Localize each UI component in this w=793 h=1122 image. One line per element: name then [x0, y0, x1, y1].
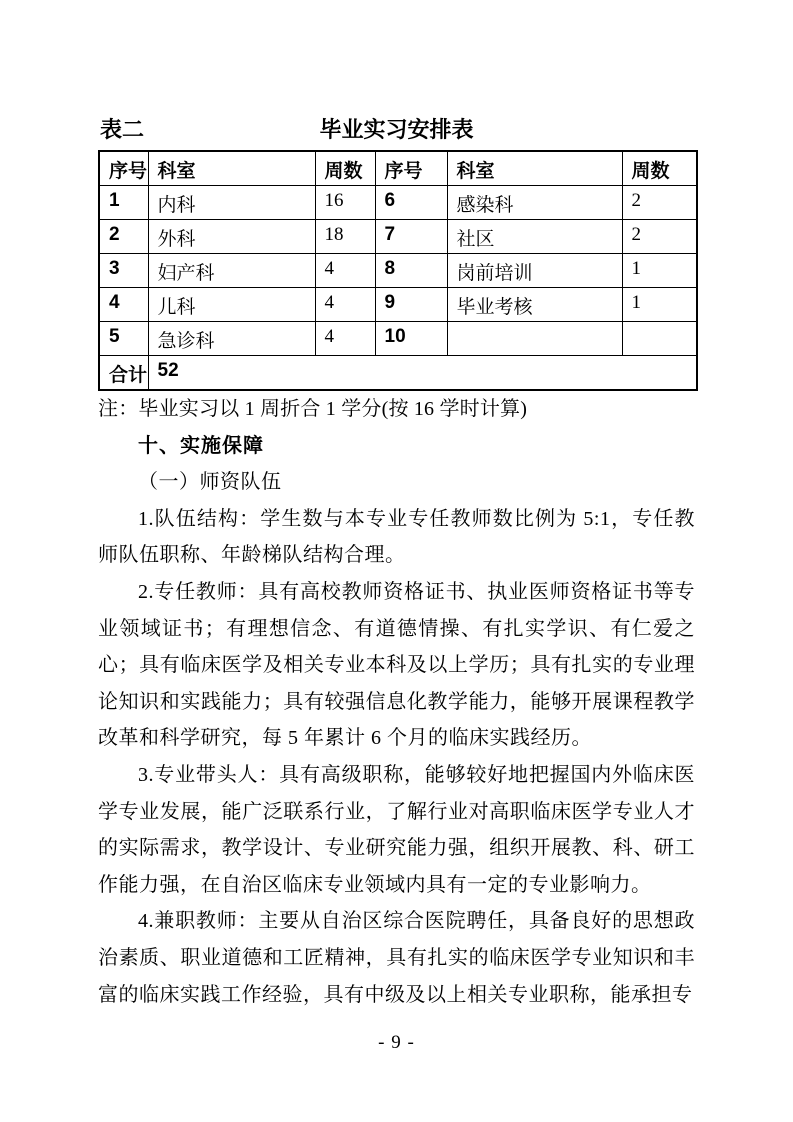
cell-seq: 6 — [375, 186, 447, 220]
table-row: 4 儿科 4 9 毕业考核 1 — [99, 288, 697, 322]
cell-weeks: 2 — [622, 186, 697, 220]
internship-schedule-table: 序号 科室 周数 序号 科室 周数 1 内科 16 6 感染科 2 — [98, 150, 698, 391]
cell-weeks: 18 — [315, 220, 375, 254]
table-header-row: 序号 科室 周数 序号 科室 周数 — [99, 151, 697, 186]
total-label-cell: 合计 — [99, 356, 148, 391]
cell-dept: 内科 — [148, 186, 315, 220]
header-seq-2: 序号 — [375, 151, 447, 186]
cell-dept — [447, 322, 622, 356]
page-content: 表二 毕业实习安排表 序号 科室 周数 序号 科室 周数 1 — [98, 113, 695, 1013]
cell-weeks: 4 — [315, 288, 375, 322]
table-number-label: 表二 — [100, 113, 144, 144]
cell-dept: 毕业考核 — [447, 288, 622, 322]
paragraph-parttime-teachers: 4.兼职教师：主要从自治区综合医院聘任，具备良好的思想政治素质、职业道德和工匠精… — [98, 903, 695, 1013]
cell-dept: 妇产科 — [148, 254, 315, 288]
header-weeks-1: 周数 — [315, 151, 375, 186]
subsection-heading: （一）师资队伍 — [98, 464, 695, 501]
cell-seq: 2 — [99, 220, 148, 254]
cell-dept: 感染科 — [447, 186, 622, 220]
table-note: 注：毕业实习以 1 周折合 1 学分(按 16 学时计算) — [98, 391, 695, 428]
cell-seq: 4 — [99, 288, 148, 322]
cell-seq: 7 — [375, 220, 447, 254]
cell-seq: 9 — [375, 288, 447, 322]
cell-dept: 社区 — [447, 220, 622, 254]
cell-dept: 儿科 — [148, 288, 315, 322]
cell-seq: 8 — [375, 254, 447, 288]
header-weeks-2: 周数 — [622, 151, 697, 186]
table-row: 3 妇产科 4 8 岗前培训 1 — [99, 254, 697, 288]
paragraph-fulltime-teachers: 2.专任教师：具有高校教师资格证书、执业医师资格证书等专业领域证书；有理想信念、… — [98, 574, 695, 757]
table-row: 1 内科 16 6 感染科 2 — [99, 186, 697, 220]
cell-seq: 10 — [375, 322, 447, 356]
total-value-cell: 52 — [148, 356, 697, 391]
cell-seq: 1 — [99, 186, 148, 220]
header-seq-1: 序号 — [99, 151, 148, 186]
cell-seq: 5 — [99, 322, 148, 356]
paragraph-program-leader: 3.专业带头人：具有高级职称，能够较好地把握国内外临床医学专业发展，能广泛联系行… — [98, 757, 695, 903]
header-dept-1: 科室 — [148, 151, 315, 186]
body-text: 注：毕业实习以 1 周折合 1 学分(按 16 学时计算) 十、实施保障 （一）… — [98, 391, 695, 1013]
table-title: 毕业实习安排表 — [98, 113, 695, 144]
section-heading: 十、实施保障 — [98, 428, 695, 465]
cell-dept: 岗前培训 — [447, 254, 622, 288]
header-dept-2: 科室 — [447, 151, 622, 186]
table-row: 5 急诊科 4 10 — [99, 322, 697, 356]
cell-dept: 外科 — [148, 220, 315, 254]
cell-weeks: 1 — [622, 288, 697, 322]
cell-weeks: 4 — [315, 254, 375, 288]
cell-weeks: 2 — [622, 220, 697, 254]
paragraph-team-structure: 1.队伍结构：学生数与本专业专任教师数比例为 5:1，专任教师队伍职称、年龄梯队… — [98, 501, 695, 574]
cell-seq: 3 — [99, 254, 148, 288]
page-number: - 9 - — [0, 1032, 793, 1054]
cell-dept: 急诊科 — [148, 322, 315, 356]
document-page: 表二 毕业实习安排表 序号 科室 周数 序号 科室 周数 1 — [0, 0, 793, 1122]
table-title-row: 表二 毕业实习安排表 — [98, 113, 695, 150]
table-row: 2 外科 18 7 社区 2 — [99, 220, 697, 254]
cell-weeks — [622, 322, 697, 356]
cell-weeks: 1 — [622, 254, 697, 288]
table-total-row: 合计 52 — [99, 356, 697, 391]
cell-weeks: 16 — [315, 186, 375, 220]
cell-weeks: 4 — [315, 322, 375, 356]
